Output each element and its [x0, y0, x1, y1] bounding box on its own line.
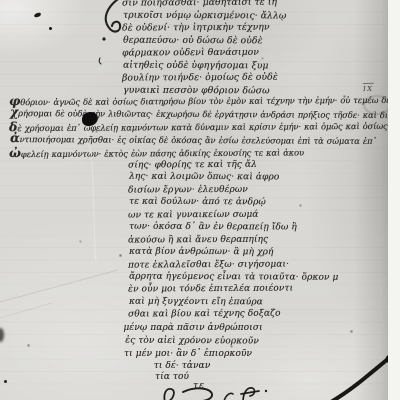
- manuscript-page: σιν ποιήσασθαι· μαθηταῖσι τε ἰη τρικοῖσι…: [0, 0, 388, 400]
- paper-creases: [0, 0, 388, 400]
- ink-blot: [4, 380, 7, 383]
- ink-blot: [49, 27, 52, 30]
- manuscript-photograph: σιν ποιήσασθαι· μαθηταῖσι τε ἰη τρικοῖσι…: [0, 0, 400, 400]
- ink-specks: [0, 0, 1, 1]
- stain-ring: [363, 95, 388, 115]
